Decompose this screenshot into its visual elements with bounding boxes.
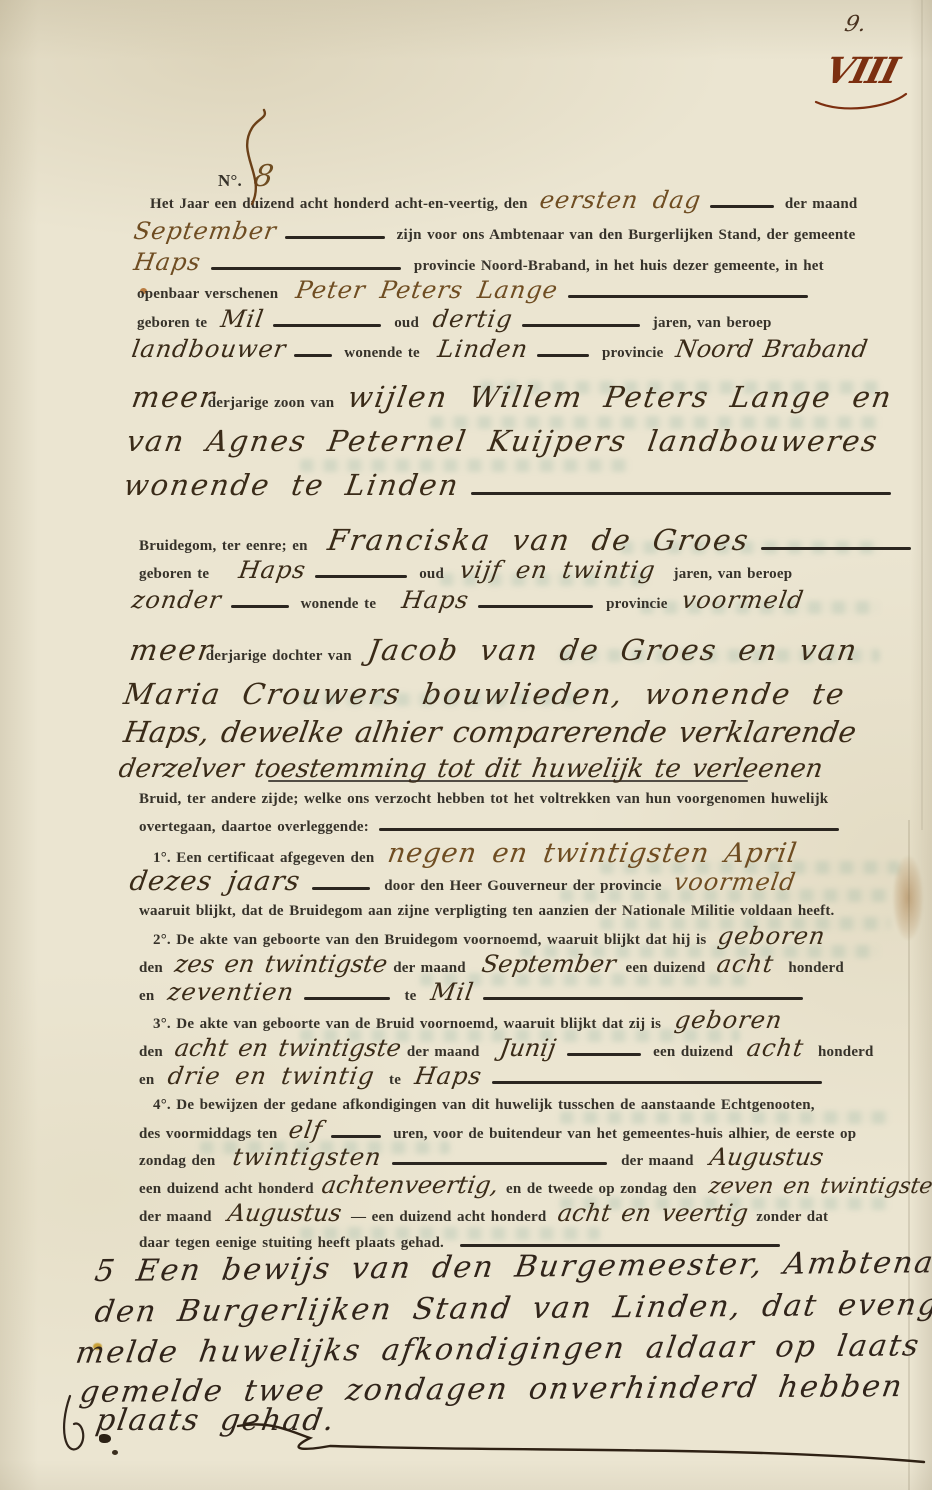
printed-text: zonder dat: [756, 1209, 828, 1225]
folio-underline-flourish: [816, 94, 906, 108]
handwritten-entry-born: geboren: [673, 1008, 784, 1032]
fill-rule: [537, 354, 589, 357]
handwritten-entry-second-year: acht en veertig: [556, 1201, 750, 1225]
printed-text: en de tweede op zondag den: [506, 1181, 697, 1197]
page-number: 9.: [842, 12, 868, 37]
handwritten-entry-cert-date: negen en twintigsten April: [386, 840, 799, 867]
handwritten-entry-bride-occupation: zonder: [130, 588, 223, 612]
page-crease: [921, 0, 923, 830]
intro-line-1: Het Jaar een duizend acht honderd acht-e…: [150, 188, 857, 219]
handwritten-entry-consent-1: Haps, dewelke alhier comparerende verkla…: [122, 718, 858, 747]
printed-text: geboren te: [139, 566, 209, 582]
printed-text: provincie: [606, 596, 668, 612]
item5-line-1: 5 Een bewijs van den Burgemeester, Ambte…: [95, 1247, 932, 1292]
printed-text: te: [404, 988, 416, 1004]
printed-text: oud: [394, 315, 419, 331]
printed-text: waaruit blijkt, dat de Bruidegom aan zij…: [139, 903, 834, 919]
printed-text: zijn voor ons Ambtenaar van den Burgerli…: [397, 227, 856, 243]
printed-text: der maand: [785, 196, 858, 212]
ink-speck: [112, 1450, 118, 1455]
handwritten-entry-consent-2: derzelver toestemming tot dit huwelijk t…: [117, 756, 825, 782]
fill-rule: [315, 575, 407, 578]
printed-text: en: [139, 1072, 154, 1088]
printed-text: der maand: [139, 1209, 212, 1225]
item4-line-1: 4°. De bewijzen der gedane afkondigingen…: [153, 1090, 815, 1120]
handwritten-entry-birthplace: Mil: [219, 307, 266, 331]
handwritten-entry: 5 Een bewijs van den Burgemeester, Ambte…: [93, 1247, 932, 1287]
printed-text: 3°. De akte van geboorte van de Bruid vo…: [153, 1016, 661, 1032]
fill-rule: [285, 236, 385, 239]
printed-text: wonende te: [301, 596, 377, 612]
handwritten-entry-second-sunday: zeven en twintigste: [707, 1176, 932, 1198]
handwritten-entry-meer: meer: [130, 383, 218, 412]
fill-rule: [568, 295, 808, 298]
item5-line-3: melde huwelijks afkondigingen aldaar op …: [76, 1331, 920, 1373]
handwritten-entry-first-year: achtenveertig,: [320, 1173, 500, 1197]
printed-text: der maand: [407, 1044, 480, 1060]
handwritten-entry-mother: van Agnes Peternel Kuijpers landbouweres: [125, 427, 881, 456]
printed-text: honderd: [818, 1044, 874, 1060]
handwritten-entry-meer: meer: [128, 636, 216, 665]
printed-text: provincie: [602, 345, 664, 361]
handwritten-entry-bride-birthday: acht en twintigste: [173, 1036, 403, 1060]
handwritten-entry-parents-residence: wonende te Linden: [122, 471, 462, 500]
handwritten-entry-first-sunday: twintigsten: [232, 1145, 384, 1169]
handwritten-entry-born: geboren: [716, 924, 827, 948]
printed-text: zondag den: [139, 1153, 215, 1169]
printed-text: honderd: [788, 960, 844, 976]
fill-rule: [710, 205, 774, 208]
bride-parents-line-2: Maria Crouwers bouwlieden, wonende te: [124, 680, 845, 715]
handwritten-entry-bride-residence: Haps: [400, 588, 471, 612]
fill-rule: [331, 1135, 381, 1138]
handwritten-entry-groom-birthmonth: September: [480, 952, 617, 976]
printed-text: oud: [419, 566, 444, 582]
fill-rule: [392, 1162, 607, 1165]
handwritten-entry-cert-year: dezes jaars: [128, 868, 303, 895]
handwritten-entry-groom-name: Peter Peters Lange: [294, 278, 560, 302]
item5-line-5: plaats gehad.: [96, 1406, 335, 1441]
handwritten-entry: melde huwelijks afkondigingen aldaar op …: [74, 1331, 923, 1368]
printed-text: overtegaan, daartoe overleggende:: [139, 819, 369, 835]
handwritten-entry-father: wijlen Willem Peters Lange en: [346, 383, 895, 412]
printed-text: jaren, van beroep: [674, 566, 793, 582]
bride-parents-line-3: Haps, dewelke alhier comparerende verkla…: [124, 718, 856, 753]
item5-line-2: den Burgerlijken Stand van Linden, dat e…: [95, 1290, 932, 1333]
printed-text: 2°. De akte van geboorte van den Bruideg…: [153, 932, 706, 948]
printed-text: geboren te: [137, 315, 207, 331]
fill-rule: [471, 492, 891, 495]
groom-parents-line-2: van Agnes Peternel Kuijpers landbouweres: [127, 427, 878, 462]
groom-parents-line-3: wonende te Linden: [124, 471, 891, 506]
handwritten-entry-groom-birthday: zes en twintigste: [173, 952, 389, 976]
handwritten-entry-bride-birthyear-h: acht: [745, 1036, 806, 1060]
printed-text: uren, voor de buitendeur van het gemeent…: [393, 1126, 856, 1142]
handwritten-entry-age: dertig: [431, 307, 515, 331]
fill-rule: [761, 547, 911, 550]
page-crease: [908, 820, 910, 1490]
fill-rule: [483, 997, 803, 1000]
intro-line-2: September zijn voor ons Ambtenaar van de…: [134, 219, 855, 250]
printed-text: daar tegen eenige stuiting heeft plaats …: [139, 1235, 444, 1251]
printed-text: wonende te: [344, 345, 420, 361]
handwritten-entry-bride-age: vijf en twintig: [458, 558, 657, 582]
handwritten-entry-bride-name: Franciska van de Groes: [325, 526, 751, 555]
printed-text: en: [139, 988, 154, 1004]
handwritten-entry-bride-mother: Maria Crouwers bouwlieden, wonende te: [122, 680, 848, 709]
printed-text: door den Heer Gouverneur der provincie: [384, 878, 661, 894]
folio-mark: VIII: [821, 50, 902, 92]
handwritten-entry-hour: elf: [288, 1118, 326, 1142]
handwritten-entry-bride-birthmonth: Junij: [498, 1036, 557, 1060]
handwritten-entry-gemeente: Haps: [132, 250, 203, 274]
fill-rule: [273, 324, 381, 327]
printed-text: te: [389, 1072, 401, 1088]
printed-text: een duizend: [653, 1044, 733, 1060]
printed-text: Bruidegom, ter eenre; en: [139, 538, 308, 554]
handwritten-entry: den Burgerlijken Stand van Linden, dat e…: [93, 1290, 932, 1328]
fill-rule: [478, 605, 593, 608]
handwritten-entry-second-month: Augustus: [226, 1201, 343, 1225]
fill-rule: [294, 354, 332, 357]
printed-text: jaren, van beroep: [653, 315, 772, 331]
fill-rule: [379, 828, 839, 831]
printed-text: 4°. De bewijzen der gedane afkondigingen…: [153, 1097, 815, 1113]
intro-line-6: landbouwer wonende te Linden provincie N…: [132, 337, 867, 368]
handwritten-entry-bride-province: voormeld: [680, 588, 806, 612]
printed-text: 1°. Een certificaat afgegeven den: [153, 850, 374, 866]
handwritten-entry-first-month: Augustus: [708, 1145, 825, 1169]
printed-text: Het Jaar een duizend acht honderd acht-e…: [150, 196, 528, 212]
printed-text: den: [139, 960, 163, 976]
bride-line-3: zonder wonende te Haps provincie voormel…: [132, 588, 804, 619]
handwritten-entry-bride-birthplace: Haps: [237, 558, 308, 582]
fill-rule: [567, 1053, 641, 1056]
printed-text: den: [139, 1044, 163, 1060]
printed-text: derjarige dochter van: [206, 648, 352, 664]
handwritten-entry-groom-birthyear: zeventien: [167, 980, 297, 1004]
handwritten-entry-date: eersten dag: [538, 188, 703, 212]
fill-rule: [492, 1081, 822, 1084]
handwritten-entry-month: September: [132, 219, 278, 243]
printed-text: der maand: [393, 960, 466, 976]
fill-rule: [522, 324, 640, 327]
handwritten-entry-bride-father: Jacob van de Groes en van: [365, 636, 860, 665]
bride-line-2: geboren te Haps oud vijf en twintig jare…: [139, 558, 792, 589]
handwritten-entry-groom-birthplace: Mil: [429, 980, 476, 1004]
handwritten-entry-province: Noord Braband: [674, 337, 869, 361]
printed-text: provincie Noord-Braband, in het huis dez…: [414, 258, 824, 274]
handwritten-entry-residence: Linden: [436, 337, 530, 361]
fill-rule: [231, 605, 289, 608]
marriage-certificate-page: 9. VIII N°. 8 Het Jaar een duizend acht …: [0, 0, 932, 1490]
handwritten-entry-cert-province: voormeld: [672, 870, 798, 894]
closing-flourish: [238, 1424, 924, 1462]
handwritten-entry-occupation: landbouwer: [130, 337, 288, 361]
printed-text: des voormiddags ten: [139, 1126, 277, 1142]
fill-rule: [304, 997, 390, 1000]
handwritten-entry-groom-birthyear-h: acht: [716, 952, 777, 976]
handwritten-entry: plaats gehad.: [94, 1406, 338, 1436]
printed-text: — een duizend acht honderd: [351, 1209, 546, 1225]
groom-parents-line-1: meer derjarige zoon van wijlen Willem Pe…: [132, 383, 893, 418]
printed-text: een duizend: [625, 960, 705, 976]
fill-rule: [312, 887, 370, 890]
handwritten-entry-bride-birthplace-2: Haps: [413, 1064, 484, 1088]
printed-text: Bruid, ter andere zijde; welke ons verzo…: [139, 791, 828, 807]
fill-rule: [211, 267, 401, 270]
bride-parents-line-1: meer derjarige dochter van Jacob van de …: [130, 636, 858, 671]
intro-line-5: geboren te Mil oud dertig jaren, van ber…: [137, 307, 772, 338]
handwritten-entry-bride-birthyear: drie en twintig: [167, 1064, 377, 1088]
printed-text: derjarige zoon van: [208, 395, 335, 411]
printed-text: der maand: [621, 1153, 694, 1169]
printed-text: een duizend acht honderd: [139, 1181, 314, 1197]
bride-clause-line-1: Bruid, ter andere zijde; welke ons verzo…: [139, 784, 828, 814]
printed-text: openbaar verschenen: [137, 286, 278, 302]
